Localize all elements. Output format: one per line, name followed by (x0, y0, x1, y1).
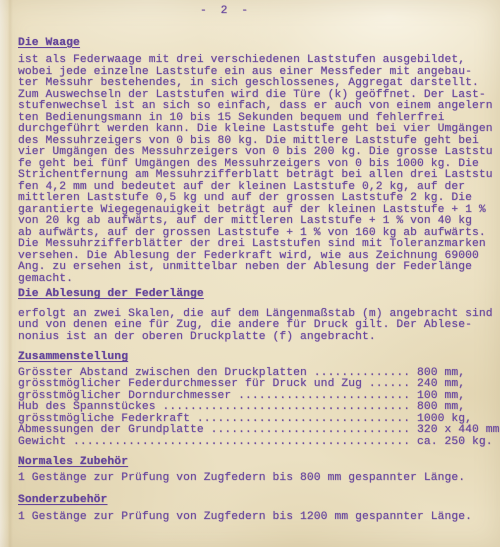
heading-normales-zubehoer: Normales Zubehör (18, 457, 500, 469)
spec-row: Gewicht ................................… (18, 437, 500, 449)
spec-row: grösstmöglicher Federdurchmesser für Dru… (18, 379, 500, 391)
heading-sonderzubehoer: Sonderzubehör (18, 495, 500, 507)
spec-row: Abmessungen der Grundplatte ............… (18, 425, 500, 437)
page-number: - 2 - (200, 6, 500, 18)
spec-list: Grösster Abstand zwischen den Druckplatt… (18, 368, 500, 449)
paragraph-sonderzubehoer: 1 Gestänge zur Prüfung von Zugfedern bis… (18, 512, 500, 524)
paragraph-ablesung-federlaenge: erfolgt an zwei Skalen, die auf dem Läng… (18, 309, 500, 344)
document-page: - 2 - Die Waage ist als Federwaage mit d… (0, 0, 500, 547)
heading-die-waage: Die Waage (18, 38, 500, 50)
heading-ablesung-federlaenge: Die Ablesung der Federlänge (18, 289, 500, 301)
spec-row: Hub des Spannstückes ...................… (18, 402, 500, 414)
paragraph-normales-zubehoer: 1 Gestänge zur Prüfung von Zugfedern bis… (18, 473, 500, 485)
paragraph-die-waage: ist als Federwaage mit drei verschiedene… (18, 55, 500, 285)
heading-zusammenstellung: Zusammenstellung (18, 352, 500, 364)
